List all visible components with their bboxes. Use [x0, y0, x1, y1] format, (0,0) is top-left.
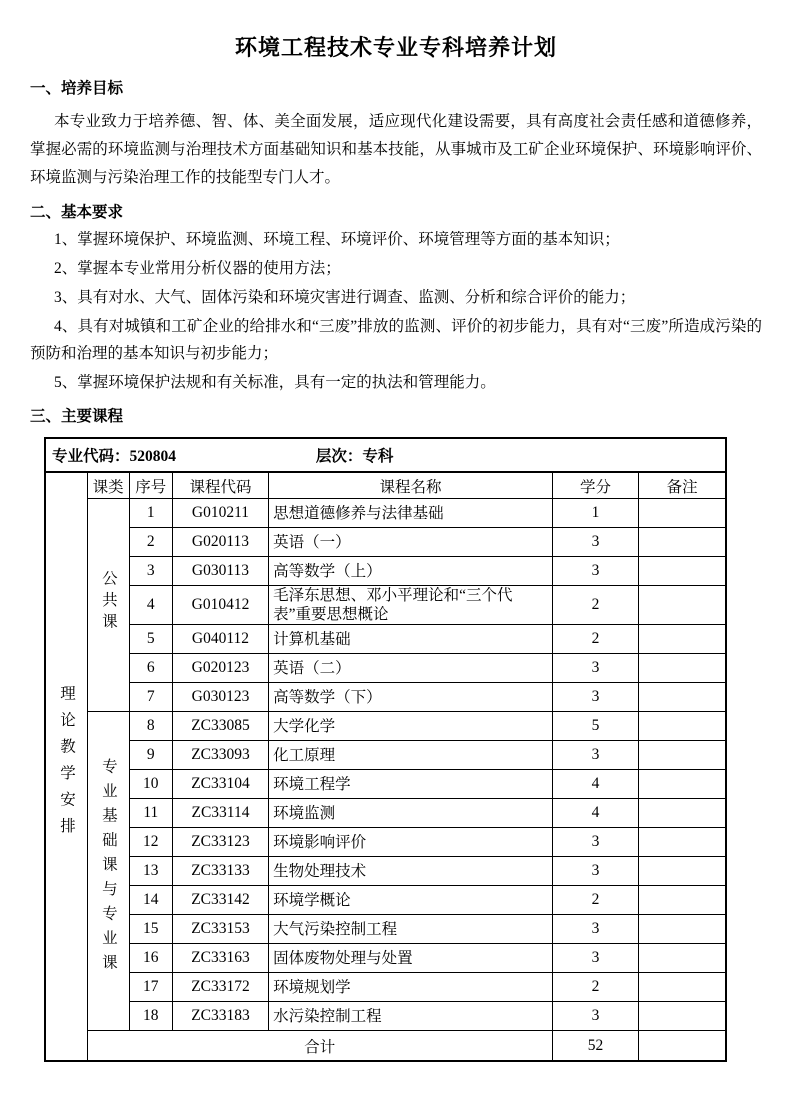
course-name: 毛泽东思想、邓小平理论和“三个代表”重要思想概论 — [269, 586, 553, 625]
course-name: 环境监测 — [269, 799, 553, 828]
total-credits-value: 52 — [552, 1031, 638, 1062]
course-name: 生物处理技术 — [269, 857, 553, 886]
course-remark-cell — [639, 625, 726, 654]
table-header-row: 理论教学安排 课类 序号 课程代码 课程名称 学分 备注 — [45, 472, 726, 499]
course-name: 高等数学（下） — [269, 683, 553, 712]
course-table: 专业代码：520804 层次：专科 理论教学安排 课类 序号 课程代码 课程名称… — [44, 437, 727, 1062]
section-heading-courses: 三、主要课程 — [30, 406, 762, 428]
course-remark-cell — [639, 586, 726, 625]
course-code: ZC33183 — [172, 1002, 268, 1031]
course-credits: 1 — [552, 499, 638, 528]
course-name: 高等数学（上） — [269, 557, 553, 586]
course-code: ZC33104 — [172, 770, 268, 799]
course-name: 环境学概论 — [269, 886, 553, 915]
major-code-label: 专业代码： — [52, 448, 130, 465]
course-credits: 3 — [552, 557, 638, 586]
course-credits: 2 — [552, 625, 638, 654]
total-label: 合计 — [87, 1031, 552, 1062]
course-number: 3 — [129, 557, 172, 586]
course-number: 1 — [129, 499, 172, 528]
course-credits: 3 — [552, 741, 638, 770]
course-remark-cell — [639, 528, 726, 557]
course-category-cell: 专业基础课与专业课 — [87, 712, 129, 1031]
column-header-code: 课程代码 — [172, 472, 268, 499]
course-code: G020113 — [172, 528, 268, 557]
course-code: ZC33142 — [172, 886, 268, 915]
course-number: 5 — [129, 625, 172, 654]
course-code: ZC33123 — [172, 828, 268, 857]
course-category-label: 公共课 — [100, 570, 116, 635]
course-code: G030113 — [172, 557, 268, 586]
course-category-cell: 公共课 — [87, 499, 129, 712]
course-remark-cell — [639, 973, 726, 1002]
course-number: 11 — [129, 799, 172, 828]
course-credits: 2 — [552, 586, 638, 625]
course-credits: 3 — [552, 828, 638, 857]
course-credits: 2 — [552, 886, 638, 915]
total-remark-cell — [639, 1031, 726, 1062]
course-name: 水污染控制工程 — [269, 1002, 553, 1031]
course-remark-cell — [639, 654, 726, 683]
course-row: 14ZC33142环境学概论2 — [45, 886, 726, 915]
course-remark-cell — [639, 886, 726, 915]
course-row: 9ZC33093化工原理3 — [45, 741, 726, 770]
course-number: 12 — [129, 828, 172, 857]
course-name: 英语（一） — [269, 528, 553, 557]
section-heading-requirements: 二、基本要求 — [30, 202, 762, 224]
course-name: 化工原理 — [269, 741, 553, 770]
document-title: 环境工程技术专业专科培养计划 — [30, 34, 762, 62]
course-number: 15 — [129, 915, 172, 944]
course-name: 固体废物处理与处置 — [269, 944, 553, 973]
column-header-credits: 学分 — [552, 472, 638, 499]
requirement-item-1: 1、掌握环境保护、环境监测、环境工程、环境评价、环境管理等方面的基本知识； — [30, 226, 762, 253]
major-code-value: 520804 — [130, 448, 177, 465]
course-row: 5G040112计算机基础2 — [45, 625, 726, 654]
course-code: ZC33085 — [172, 712, 268, 741]
course-credits: 2 — [552, 973, 638, 1002]
course-row: 13ZC33133生物处理技术3 — [45, 857, 726, 886]
course-code: G010412 — [172, 586, 268, 625]
level-value: 专科 — [362, 448, 393, 465]
course-remark-cell — [639, 741, 726, 770]
course-row: 15ZC33153大气污染控制工程3 — [45, 915, 726, 944]
course-remark-cell — [639, 683, 726, 712]
side-label-cell: 理论教学安排 — [45, 472, 87, 1061]
course-credits: 5 — [552, 712, 638, 741]
course-row: 16ZC33163固体废物处理与处置3 — [45, 944, 726, 973]
course-credits: 4 — [552, 770, 638, 799]
requirement-item-4: 4、具有对城镇和工矿企业的给排水和“三废”排放的监测、评价的初步能力，具有对“三… — [30, 313, 762, 367]
course-remark-cell — [639, 799, 726, 828]
course-name: 大气污染控制工程 — [269, 915, 553, 944]
course-number: 4 — [129, 586, 172, 625]
table-total-row: 合计 52 — [45, 1031, 726, 1062]
course-remark-cell — [639, 944, 726, 973]
course-row: 专业基础课与专业课8ZC33085大学化学5 — [45, 712, 726, 741]
course-number: 6 — [129, 654, 172, 683]
course-code: G040112 — [172, 625, 268, 654]
column-header-remark: 备注 — [639, 472, 726, 499]
course-name: 环境影响评价 — [269, 828, 553, 857]
requirement-item-3: 3、具有对水、大气、固体污染和环境灾害进行调查、监测、分析和综合评价的能力； — [30, 284, 762, 311]
course-name: 英语（二） — [269, 654, 553, 683]
course-credits: 4 — [552, 799, 638, 828]
course-name: 环境工程学 — [269, 770, 553, 799]
course-remark-cell — [639, 557, 726, 586]
course-credits: 3 — [552, 944, 638, 973]
course-remark-cell — [639, 915, 726, 944]
course-credits: 3 — [552, 654, 638, 683]
course-code: ZC33153 — [172, 915, 268, 944]
course-number: 16 — [129, 944, 172, 973]
course-row: 2G020113英语（一）3 — [45, 528, 726, 557]
course-name: 计算机基础 — [269, 625, 553, 654]
course-remark-cell — [639, 712, 726, 741]
course-code: ZC33172 — [172, 973, 268, 1002]
level-pair: 层次：专科 — [316, 448, 394, 465]
course-row: 7G030123高等数学（下）3 — [45, 683, 726, 712]
table-info-row: 专业代码：520804 层次：专科 — [45, 438, 726, 472]
course-number: 7 — [129, 683, 172, 712]
course-row: 17ZC33172环境规划学2 — [45, 973, 726, 1002]
course-code: ZC33114 — [172, 799, 268, 828]
course-name: 思想道德修养与法律基础 — [269, 499, 553, 528]
course-remark-cell — [639, 857, 726, 886]
course-row: 18ZC33183水污染控制工程3 — [45, 1002, 726, 1031]
course-row: 6G020123英语（二）3 — [45, 654, 726, 683]
requirement-item-5: 5、掌握环境保护法规和有关标准，具有一定的执法和管理能力。 — [30, 369, 762, 396]
course-number: 13 — [129, 857, 172, 886]
section-heading-objectives: 一、培养目标 — [30, 78, 762, 100]
course-code: G030123 — [172, 683, 268, 712]
course-credits: 3 — [552, 915, 638, 944]
course-row: 4G010412毛泽东思想、邓小平理论和“三个代表”重要思想概论2 — [45, 586, 726, 625]
course-code: G010211 — [172, 499, 268, 528]
course-code: G020123 — [172, 654, 268, 683]
course-remark-cell — [639, 828, 726, 857]
course-number: 18 — [129, 1002, 172, 1031]
document-page: 环境工程技术专业专科培养计划 一、培养目标 本专业致力于培养德、智、体、美全面发… — [0, 0, 800, 1096]
course-number: 8 — [129, 712, 172, 741]
column-header-category: 课类 — [87, 472, 129, 499]
course-name: 大学化学 — [269, 712, 553, 741]
column-header-name: 课程名称 — [269, 472, 553, 499]
course-code: ZC33163 — [172, 944, 268, 973]
table-info-cell: 专业代码：520804 层次：专科 — [45, 438, 726, 472]
course-code: ZC33133 — [172, 857, 268, 886]
course-row: 12ZC33123环境影响评价3 — [45, 828, 726, 857]
course-credits: 3 — [552, 683, 638, 712]
course-number: 9 — [129, 741, 172, 770]
course-remark-cell — [639, 770, 726, 799]
side-label: 理论教学安排 — [59, 685, 75, 844]
course-number: 10 — [129, 770, 172, 799]
course-credits: 3 — [552, 1002, 638, 1031]
course-row: 公共课1G010211思想道德修养与法律基础1 — [45, 499, 726, 528]
course-category-label: 专业基础课与专业课 — [100, 758, 116, 979]
course-row: 3G030113高等数学（上）3 — [45, 557, 726, 586]
objectives-paragraph: 本专业致力于培养德、智、体、美全面发展，适应现代化建设需要，具有高度社会责任感和… — [30, 108, 762, 192]
course-row: 11ZC33114环境监测4 — [45, 799, 726, 828]
major-code-pair: 专业代码：520804 — [52, 444, 312, 466]
column-header-number: 序号 — [129, 472, 172, 499]
course-number: 14 — [129, 886, 172, 915]
course-code: ZC33093 — [172, 741, 268, 770]
course-remark-cell — [639, 1002, 726, 1031]
requirement-item-2: 2、掌握本专业常用分析仪器的使用方法； — [30, 255, 762, 282]
course-remark-cell — [639, 499, 726, 528]
course-name: 环境规划学 — [269, 973, 553, 1002]
course-credits: 3 — [552, 857, 638, 886]
level-label: 层次： — [316, 448, 363, 465]
course-credits: 3 — [552, 528, 638, 557]
course-number: 17 — [129, 973, 172, 1002]
course-number: 2 — [129, 528, 172, 557]
course-row: 10ZC33104环境工程学4 — [45, 770, 726, 799]
